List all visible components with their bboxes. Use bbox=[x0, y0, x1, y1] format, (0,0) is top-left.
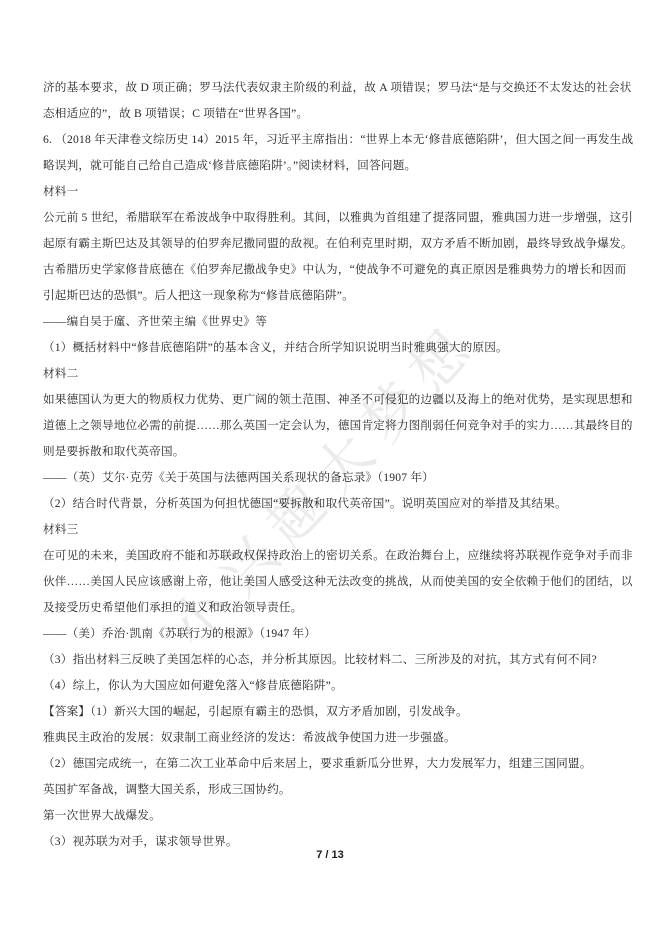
prev-explanation-line-1: 济的基本要求，故 D 项正确；罗马法代表奴隶主阶级的利益，故 A 项错误；罗马法… bbox=[43, 75, 623, 101]
sub-question-2: （2）结合时代背景，分析英国为何担忧德国“要拆散和取代英帝国”。说明英国应对的举… bbox=[43, 491, 623, 517]
material-2-label: 材料二 bbox=[43, 361, 623, 387]
material-1-text-line-1: 公元前 5 世纪，希腊联军在希波战争中取得胜利。其间，以雅典为首组建了提落同盟，… bbox=[43, 205, 623, 231]
document-content: 济的基本要求，故 D 项正确；罗马法代表奴隶主阶级的利益，故 A 项错误；罗马法… bbox=[43, 75, 623, 855]
material-3-source: ——（美）乔治·凯南《苏联行为的根源》（1947 年） bbox=[43, 621, 623, 647]
material-3-label: 材料三 bbox=[43, 517, 623, 543]
sub-question-1: （1）概括材料中“修昔底德陷阱”的基本含义，并结合所学知识说明当时雅典强大的原因… bbox=[43, 335, 623, 361]
answer-line-4: 英国扩军备战，调整大国关系，形成三国协约。 bbox=[43, 777, 623, 803]
answer-line-2: 雅典民主政治的发展：奴隶制工商业经济的发达：希波战争使国力进一步强盛。 bbox=[43, 725, 623, 751]
material-3-text-line-3: 及接受历史希望他们承担的道义和政治领导责任。 bbox=[43, 595, 623, 621]
material-1-text-line-2: 起原有霸主斯巴达及其领导的伯罗奔尼撒同盟的敌视。在伯利克里时期，双方矛盾不断加剧… bbox=[43, 231, 623, 257]
question-6-stem-line-2: 略误判，就可能自己给自己造成‘修昔底德陷阱’。”阅读材料，回答问题。 bbox=[43, 153, 623, 179]
material-1-text-line-4: 引起斯巴达的恐惧”。后人把这一现象称为“修昔底德陷阱”。 bbox=[43, 283, 623, 309]
material-2-text-line-3: 则是要拆散和取代英帝国。 bbox=[43, 439, 623, 465]
prev-explanation-line-2: 态相适应的”，故 B 项错误；C 项错在“世界各国”。 bbox=[43, 101, 623, 127]
sub-question-3: （3）指出材料三反映了美国怎样的心态，并分析其原因。比较材料二、三所涉及的对抗，… bbox=[43, 647, 623, 673]
answer-line-3: （2）德国完成统一，在第二次工业革命中后来居上，要求重新瓜分世界，大力发展军力，… bbox=[43, 751, 623, 777]
material-1-label: 材料一 bbox=[43, 179, 623, 205]
material-2-text-line-2: 道德上之领导地位必需的前提……那么英国一定会认为，德国肯定将力图削弱任何竞争对手… bbox=[43, 413, 623, 439]
material-1-source: ——编自吴于廑、齐世荣主编《世界史》等 bbox=[43, 309, 623, 335]
material-1-text-line-3: 古希腊历史学家修昔底德在《伯罗奔尼撒战争史》中认为，“使战争不可避免的真正原因是… bbox=[43, 257, 623, 283]
material-2-source: ——（英）艾尔·克劳《关于英国与法德两国关系现状的备忘录》（1907 年） bbox=[43, 465, 623, 491]
answer-line-1: 【答案】（1）新兴大国的崛起，引起原有霸主的恐惧，双方矛盾加剧，引发战争。 bbox=[43, 699, 623, 725]
document-page: 小兴趣大梦想 济的基本要求，故 D 项正确；罗马法代表奴隶主阶级的利益，故 A … bbox=[0, 0, 660, 933]
page-number: 7 / 13 bbox=[0, 849, 660, 861]
sub-question-4: （4）综上，你认为大国应如何避免落入“修昔底德陷阱”。 bbox=[43, 673, 623, 699]
material-3-text-line-1: 在可见的未来，美国政府不能和苏联政权保持政治上的密切关系。在政治舞台上，应继续将… bbox=[43, 543, 623, 569]
material-3-text-line-2: 伙伴……美国人民应该感谢上帝，他让美国人感受这种无法改变的挑战，从而使美国的安全… bbox=[43, 569, 623, 595]
question-6-stem-line-1: 6. （2018 年天津卷文综历史 14）2015 年，习近平主席指出：“世界上… bbox=[43, 127, 623, 153]
answer-line-5: 第一次世界大战爆发。 bbox=[43, 803, 623, 829]
material-2-text-line-1: 如果德国认为更大的物质权力优势、更广阔的领土范围、神圣不可侵犯的边疆以及海上的绝… bbox=[43, 387, 623, 413]
